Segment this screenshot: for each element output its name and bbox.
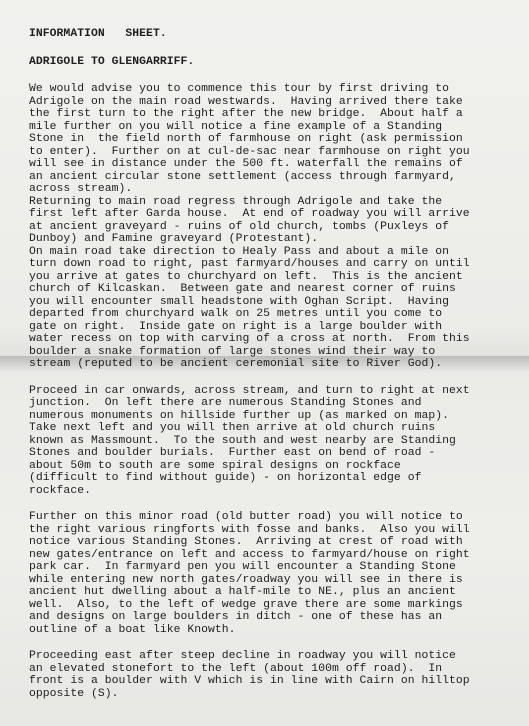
document-title: INFORMATION SHEET. [29,28,519,41]
text-line: Proceed in car onwards, across stream, a… [29,385,519,398]
text-line: park car. In farmyard pen you will encou… [29,561,519,574]
text-line: turn down road to right, past farmyard/h… [29,258,519,271]
text-line: On main road take direction to Healy Pas… [29,246,519,259]
text-line: rockface. [29,485,519,498]
text-line: while entering new north gates/roadway y… [29,574,519,587]
text-line: gate on right. Inside gate on right is a… [29,321,519,334]
text-line: (difficult to find without guide) - on h… [29,472,519,485]
text-line: will see in distance under the 500 ft. w… [29,158,519,171]
text-line: stream (reputed to be ancient ceremonial… [29,358,519,371]
text-line: Take next left and you will then arrive … [29,422,519,435]
text-line: ancient hut dwelling about a half-mile t… [29,586,519,599]
text-line: Returning to main road regress through A… [29,196,519,209]
text-line: boulder a snake formation of large stone… [29,346,519,359]
text-line: an ancient circular stone settlement (ac… [29,171,519,184]
text-line: known as Massmount. To the south and wes… [29,435,519,448]
text-line: opposite (S). [29,688,519,701]
paragraph: Returning to main road regress through A… [29,196,519,246]
text-line: Dunboy) and Famine graveyard (Protestant… [29,233,519,246]
text-line: church of Kilcaskan. Between gate and ne… [29,283,519,296]
text-line: you arrive at gates to churchyard on lef… [29,271,519,284]
text-line: first left after Garda house. At end of … [29,208,519,221]
text-line: Proceeding east after steep decline in r… [29,650,519,663]
paragraph: Further on this minor road (old butter r… [29,511,519,636]
text-line: about 50m to south are some spiral desig… [29,460,519,473]
text-line: an elevated stonefort to the left (about… [29,663,519,676]
text-line: new gates/entrance on left and access to… [29,549,519,562]
document-body: We would advise you to commence this tou… [29,83,519,700]
text-line: to enter). Further on at cul-de-sac near… [29,146,519,159]
text-line: across stream). [29,183,519,196]
text-line: front is a boulder with V which is in li… [29,675,519,688]
text-line: outline of a boat like Knowth. [29,624,519,637]
document-subtitle: ADRIGOLE TO GLENGARRIFF. [29,56,519,69]
text-line: junction. On left there are numerous Sta… [29,397,519,410]
text-line: Stone in the field north of farmhouse on… [29,133,519,146]
paragraph: Proceed in car onwards, across stream, a… [29,385,519,498]
paragraph: Proceeding east after steep decline in r… [29,650,519,700]
paragraph: We would advise you to commence this tou… [29,83,519,196]
text-line: Stones and boulder burials. Further east… [29,447,519,460]
text-line: notice various Standing Stones. Arriving… [29,536,519,549]
text-line: well. Also, to the left of wedge grave t… [29,599,519,612]
information-sheet: INFORMATION SHEET. ADRIGOLE TO GLENGARRI… [29,28,519,700]
text-line: Further on this minor road (old butter r… [29,511,519,524]
text-line: We would advise you to commence this tou… [29,83,519,96]
paragraph: On main road take direction to Healy Pas… [29,246,519,371]
text-line: numerous monuments on hillside further u… [29,410,519,423]
text-line: and designs on large boulders in ditch -… [29,611,519,624]
text-line: the first turn to the right after the ne… [29,108,519,121]
text-line: Adrigole on the main road westwards. Hav… [29,96,519,109]
text-line: you will encounter small headstone with … [29,296,519,309]
text-line: the right various ringforts with fosse a… [29,524,519,537]
text-line: at ancient graveyard - ruins of old chur… [29,221,519,234]
text-line: water recess on top with carving of a cr… [29,333,519,346]
text-line: departed from churchyard walk on 25 metr… [29,308,519,321]
text-line: mile further on you will notice a fine e… [29,121,519,134]
